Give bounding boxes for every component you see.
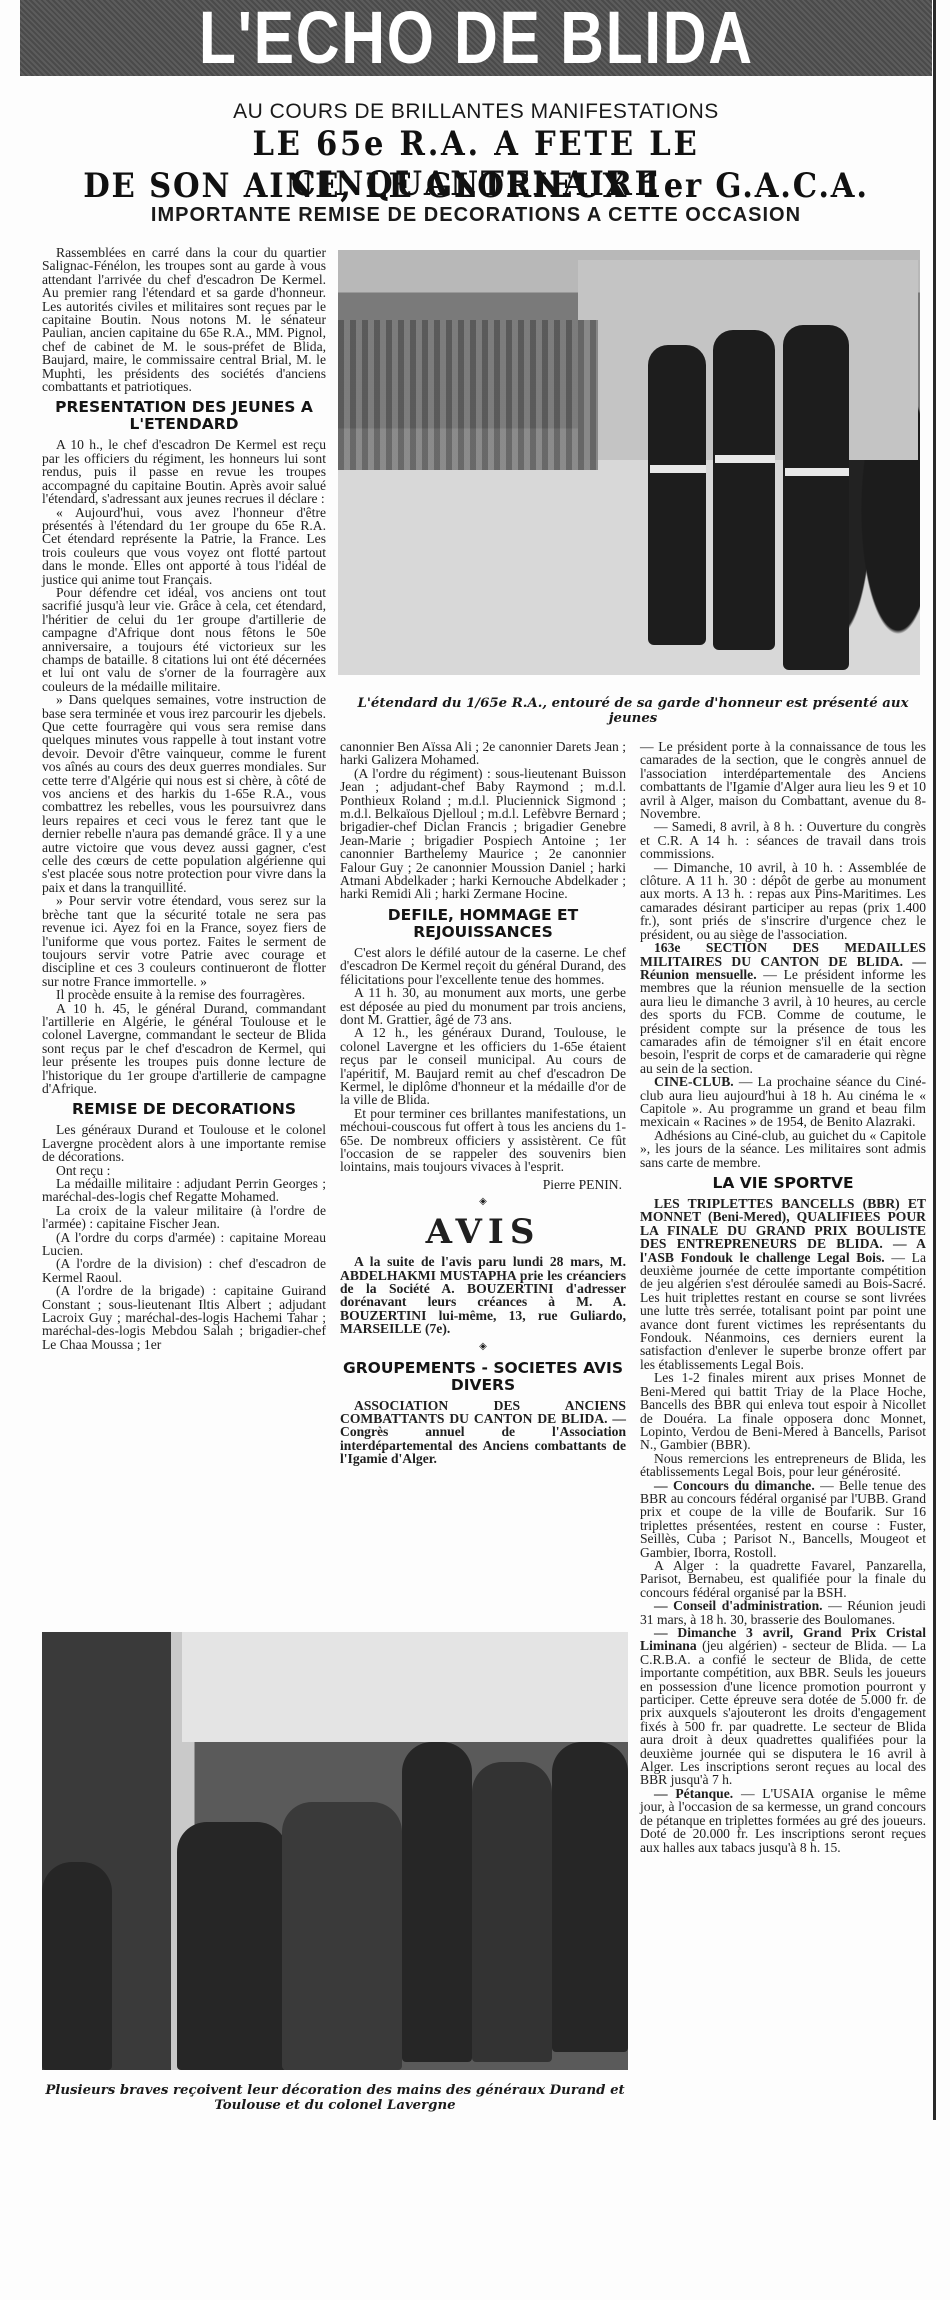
avis-text: A la suite de l'avis paru lundi 28 mars,… [340, 1255, 626, 1335]
section-title-presentation: PRESENTATION DES JEUNES A L'ETENDARD [42, 399, 326, 433]
photo-caption-top: L'étendard du 1/65e R.A., entouré de sa … [338, 696, 928, 726]
paragraph: (A l'ordre du corps d'armée) : capitaine… [42, 1231, 326, 1258]
sport-lead: LES TRIPLETTES BANCELLS (BBR) ET MONNET … [640, 1196, 926, 1265]
article-column-3: — Le président porte à la connaissance d… [640, 740, 926, 1854]
sport-p3: Nous remercions les entrepreneurs de Bli… [640, 1452, 926, 1479]
sport-p1: — La deuxième journée de cette important… [640, 1250, 926, 1372]
paragraph: (A l'ordre de la brigade) : capitaine Gu… [42, 1284, 326, 1351]
paragraph: La croix de la valeur militaire (à l'ord… [42, 1204, 326, 1231]
dimanche-text: (jeu algérien) - secteur de Blida. — La … [640, 1638, 926, 1787]
paragraph: (A l'ordre de la division) : chef d'esca… [42, 1257, 326, 1284]
paragraph: canonnier Ben Aïssa Ali ; 2e canonnier D… [340, 740, 626, 767]
medailles-text: — Le président informe les membres que l… [640, 967, 926, 1076]
photo-decoration-ceremony [42, 1632, 628, 2070]
separator-ornament: ◈ [340, 1195, 626, 1209]
byline: Pierre PENIN. [340, 1178, 622, 1191]
newspaper-page: L'ECHO DE BLIDA AU COURS DE BRILLANTES M… [0, 0, 950, 2300]
section-title-decorations: REMISE DE DECORATIONS [42, 1101, 326, 1118]
assoc-item: — Samedi, 8 avril, à 8 h. : Ouverture du… [640, 820, 926, 860]
cine-text-2: Adhésions au Ciné-club, au guichet du « … [640, 1129, 926, 1169]
subheadline: IMPORTANTE REMISE DE DECORATIONS A CETTE… [20, 204, 932, 227]
article-intro: Rassemblées en carré dans la cour du qua… [42, 246, 326, 393]
paragraph: A 10 h. 45, le général Durand, commandan… [42, 1002, 326, 1096]
alger-text: A Alger : la quadrette Favarel, Panzarel… [640, 1559, 926, 1599]
assoc-item: — Dimanche, 10 avril, à 10 h. : Assemblé… [640, 861, 926, 941]
paragraph: Ont reçu : [42, 1164, 326, 1177]
section-title-defile: DEFILE, HOMMAGE ET REJOUISSANCES [340, 907, 626, 941]
paragraph: A 12 h., les généraux Durand, Toulouse, … [340, 1026, 626, 1106]
paragraph: « Aujourd'hui, vous avez l'honneur d'êtr… [42, 506, 326, 586]
article-column-1: Rassemblées en carré dans la cour du qua… [42, 246, 326, 1351]
separator-ornament: ◈ [340, 1340, 626, 1354]
paragraph: » Pour servir votre étendard, vous serez… [42, 894, 326, 988]
avis-title: AVIS [340, 1213, 626, 1251]
assoc-text: — Le président porte à la connaissance d… [640, 740, 926, 820]
photo-caption-bottom: Plusieurs braves reçoivent leur décorati… [42, 2083, 628, 2113]
masthead: L'ECHO DE BLIDA [20, 0, 932, 76]
paragraph: A 11 h. 30, au monument aux morts, une g… [340, 986, 626, 1026]
paragraph: Les généraux Durand et Toulouse et le co… [42, 1123, 326, 1163]
masthead-title: L'ECHO DE BLIDA [199, 0, 754, 76]
sport-p2: Les 1-2 finales mirent aux prises Monnet… [640, 1371, 926, 1451]
paragraph: A 10 h., le chef d'escadron De Kermel es… [42, 438, 326, 505]
assoc-lead: ASSOCIATION DES ANCIENS COMBATTANTS DU C… [340, 1398, 626, 1467]
kicker: AU COURS DE BRILLANTES MANIFESTATIONS [20, 100, 932, 124]
paragraph: La médaille militaire : adjudant Perrin … [42, 1177, 326, 1204]
section-title-groupements: GROUPEMENTS - SOCIETES AVIS DIVERS [340, 1360, 626, 1394]
paragraph: Il procède ensuite à la remise des fourr… [42, 988, 326, 1001]
article-column-2: canonnier Ben Aïssa Ali ; 2e canonnier D… [340, 740, 626, 1466]
paragraph: » Dans quelques semaines, votre instruct… [42, 693, 326, 894]
column-rule [933, 0, 936, 2120]
paragraph: (A l'ordre du régiment) : sous-lieutenan… [340, 767, 626, 901]
paragraph: C'est alors le défilé autour de la caser… [340, 946, 626, 986]
paragraph: Et pour terminer ces brillantes manifest… [340, 1107, 626, 1174]
headline-line-2: DE SON AINE, LE GLORIEUX 1er G.A.C.A. [66, 166, 887, 206]
section-title-sport: LA VIE SPORTVE [640, 1175, 926, 1192]
paragraph: Pour défendre cet idéal, vos anciens ont… [42, 586, 326, 693]
photo-standard-guard [338, 250, 920, 675]
